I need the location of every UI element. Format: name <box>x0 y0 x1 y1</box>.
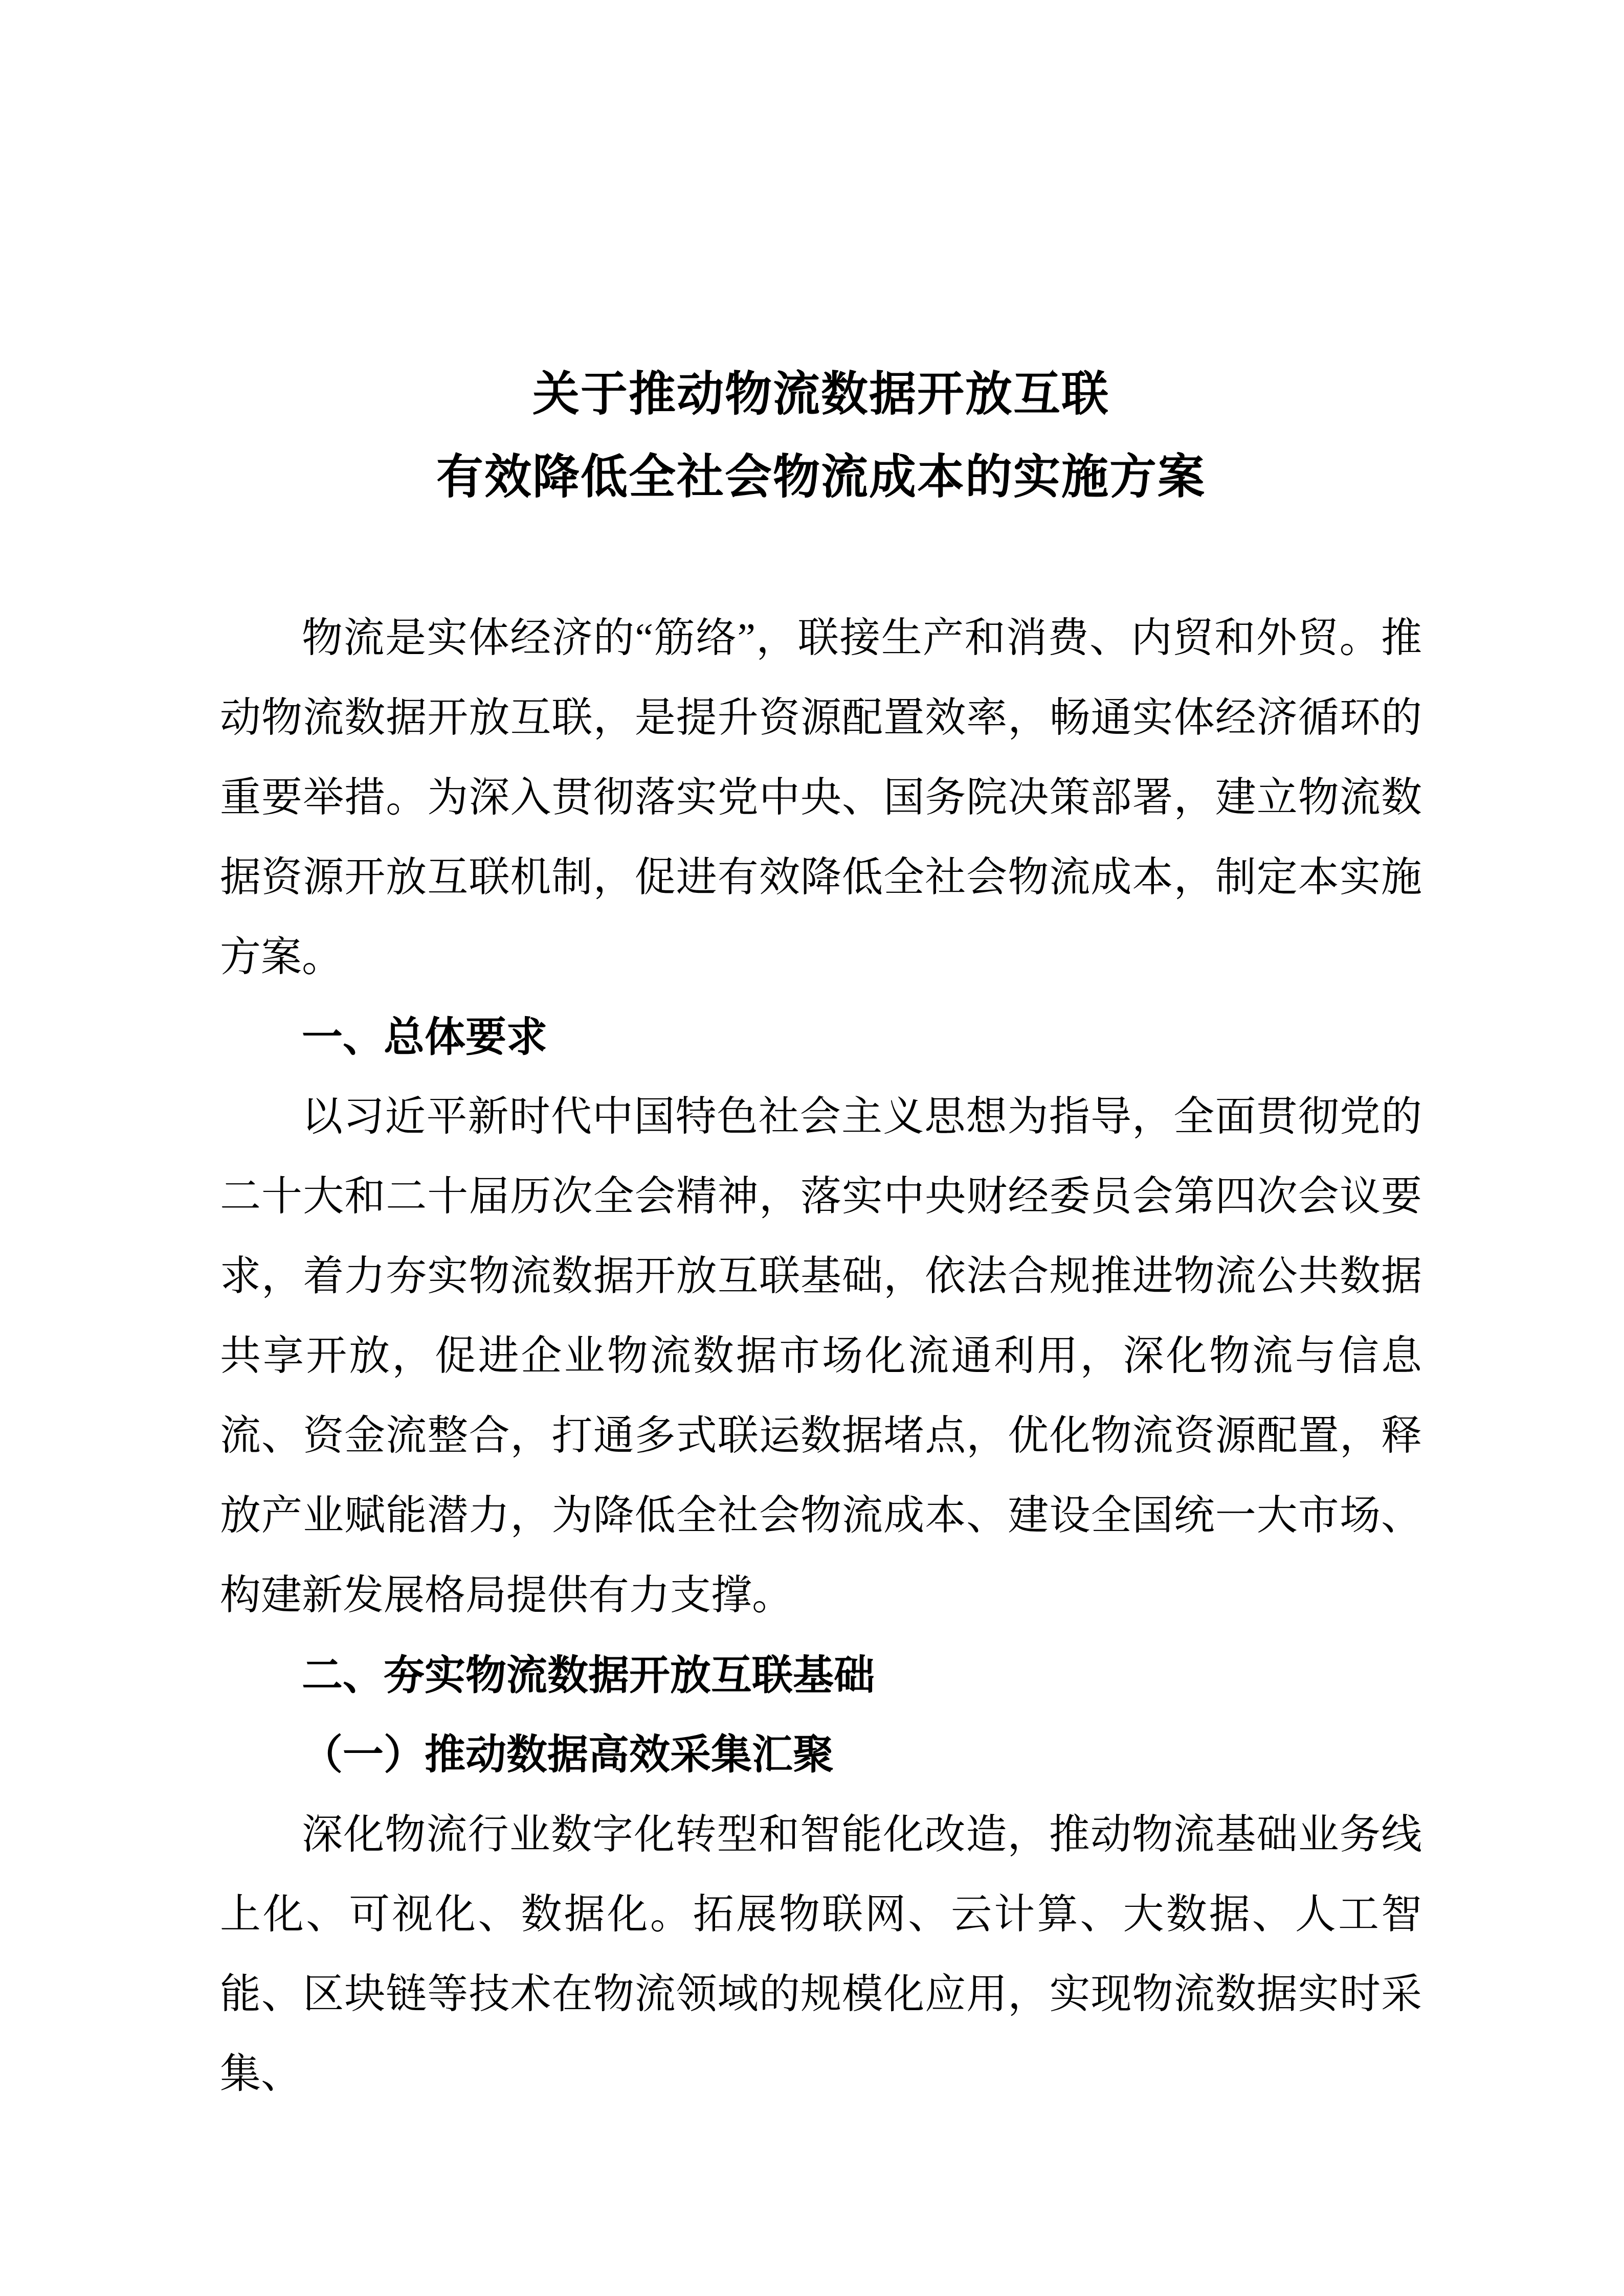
section-2-sub-1-paragraph: 深化物流行业数字化转型和智能化改造，推动物流基础业务线上化、可视化、数据化。拓展… <box>220 1795 1422 2114</box>
section-2-heading: 二、夯实物流数据开放互联基础 <box>220 1635 1422 1715</box>
document-body: 物流是实体经济的“筋络”，联接生产和消费、内贸和外贸。推动物流数据开放互联，是提… <box>220 598 1422 2114</box>
document-title-line-1: 关于推动物流数据开放互联 <box>220 353 1422 436</box>
document-page: 关于推动物流数据开放互联 有效降低全社会物流成本的实施方案 物流是实体经济的“筋… <box>0 0 1624 2296</box>
section-1-heading: 一、总体要求 <box>220 997 1422 1077</box>
document-title-line-2: 有效降低全社会物流成本的实施方案 <box>220 436 1422 519</box>
intro-paragraph: 物流是实体经济的“筋络”，联接生产和消费、内贸和外贸。推动物流数据开放互联，是提… <box>220 598 1422 997</box>
section-1-paragraph: 以习近平新时代中国特色社会主义思想为指导，全面贯彻党的二十大和二十届历次全会精神… <box>220 1077 1422 1635</box>
document-title: 关于推动物流数据开放互联 有效降低全社会物流成本的实施方案 <box>220 353 1422 519</box>
section-2-sub-1-heading: （一）推动数据高效采集汇聚 <box>220 1715 1422 1795</box>
